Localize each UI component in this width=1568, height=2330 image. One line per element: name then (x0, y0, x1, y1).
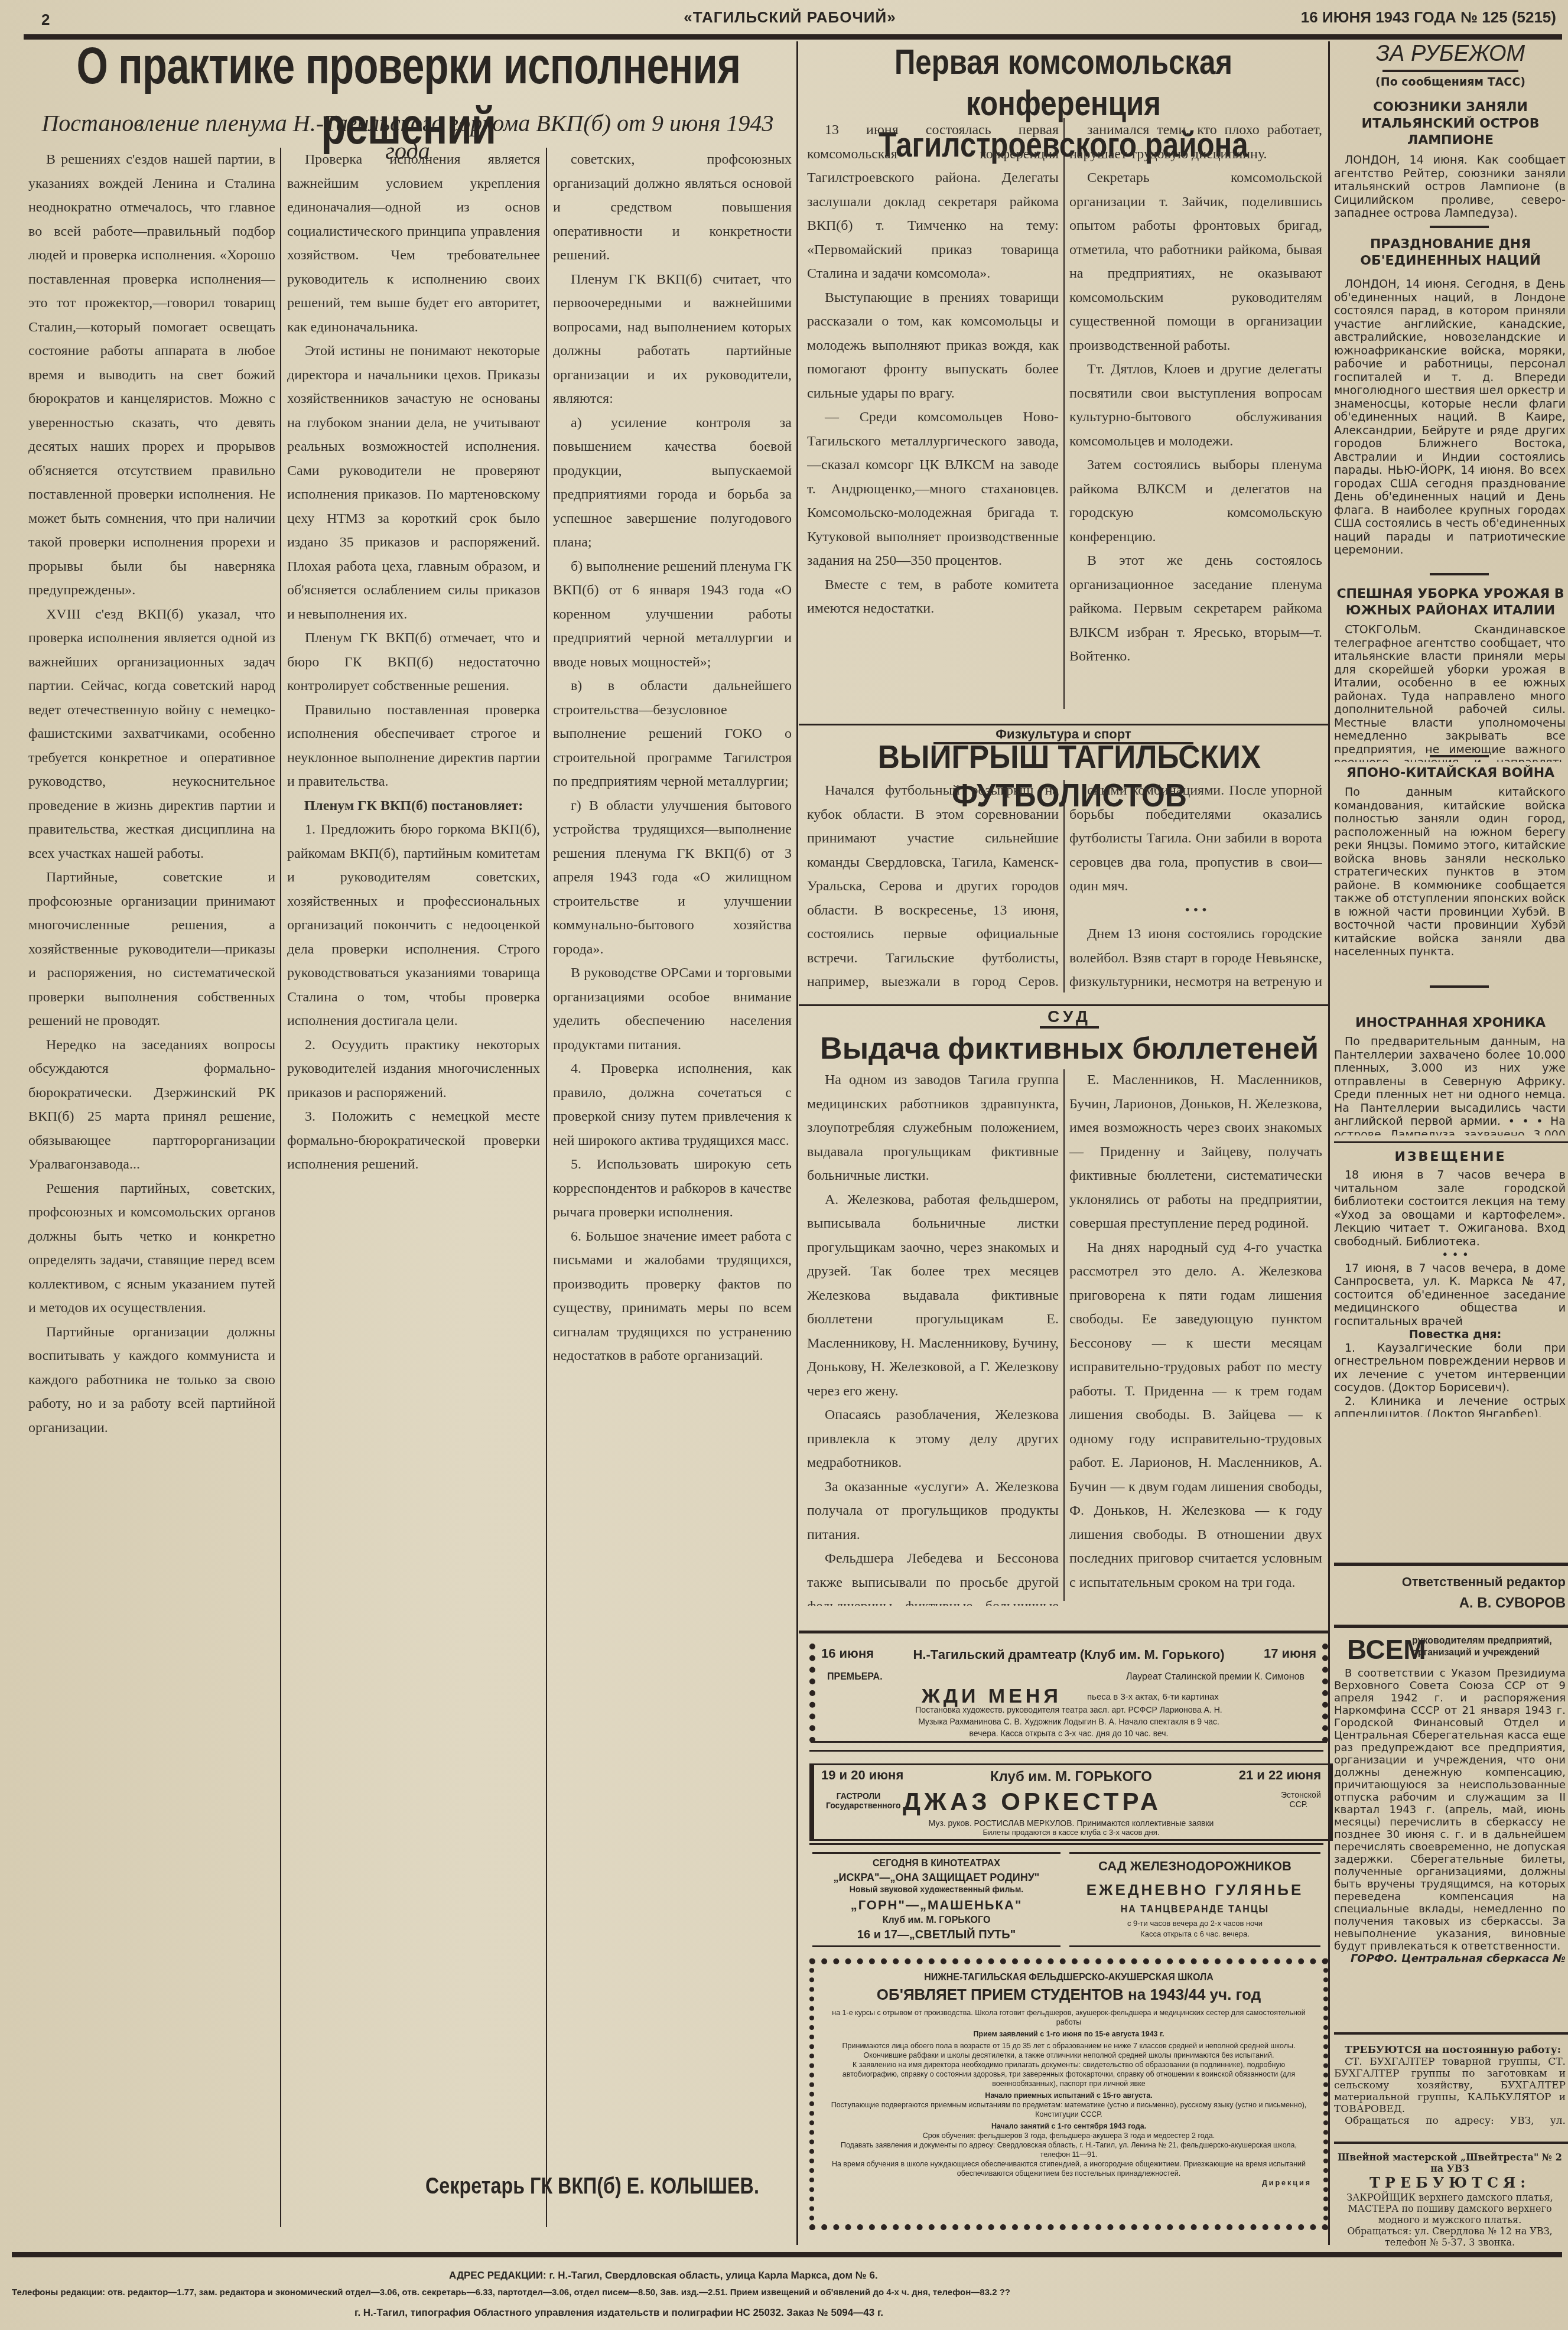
item-separator (1430, 985, 1489, 988)
school-ad: НИЖНЕ-ТАГИЛЬСКАЯ ФЕЛЬДШЕРСКО-АКУШЕРСКАЯ … (809, 1958, 1328, 2230)
column-divider (1063, 1069, 1065, 1601)
abroad-source: (По сообщениям ТАСС) (1341, 76, 1560, 89)
editor-name: А. В. СУВОРОВ (1359, 1595, 1566, 1612)
lead-signature: Секретарь ГК ВКП(б) Е. КОЛЫШЕВ. (425, 2174, 759, 2199)
item-separator (1430, 226, 1489, 228)
finance-addressee: руководителям предприятий, организаций и… (1412, 1635, 1566, 1659)
item-separator (1430, 755, 1489, 757)
abroad-item-title: ПРАЗДНОВАНИЕ ДНЯ ОБ'ЕДИНЕННЫХ НАЦИЙ (1335, 236, 1566, 269)
komsomol-column-1: 13 июня состоялась первая комсомольская … (807, 118, 1059, 715)
footer-phones: Телефоны редакции: отв. редактор—1.77, з… (12, 2287, 1010, 2298)
column-divider (1328, 41, 1330, 2245)
finance-body: В соответствии с Указом Президиума Верхо… (1334, 1667, 1566, 1980)
column-divider (796, 41, 798, 2245)
footer-printer: г. Н.-Тагил, типография Областного управ… (354, 2307, 883, 2319)
abroad-item-body: ЛОНДОН, 14 июня. Как сообщает агентство … (1334, 154, 1566, 219)
garden-ad: САД ЖЕЛЕЗНОДОРОЖНИКОВ ЕЖЕДНЕВНО ГУЛЯНЬЕ … (1069, 1852, 1320, 1947)
komsomol-column-2: занимался теми, кто плохо работает, нару… (1069, 118, 1322, 715)
section-rule (1334, 2142, 1568, 2144)
column-divider (1063, 780, 1065, 992)
section-rule (1334, 2032, 1568, 2035)
section-rule (1334, 1563, 1568, 1566)
abroad-item-body: ЛОНДОН, 14 июня. Сегодня, в День об'един… (1334, 278, 1566, 567)
ad-rule (809, 1843, 1323, 1845)
item-separator (1430, 573, 1489, 575)
court-headline: Выдача фиктивных бюллетеней (815, 1031, 1323, 1066)
abroad-item-body: По предварительным данным, на Пантеллери… (1334, 1035, 1566, 1135)
footer-rule (12, 2252, 1562, 2257)
editor-label: Ответственный редактор (1359, 1574, 1566, 1590)
school-ad-body: на 1-е курсы с отрывом от производства. … (826, 2008, 1312, 2188)
section-rule (1334, 1625, 1568, 1628)
abroad-item-body: По данным китайского командования, китай… (1334, 786, 1566, 981)
column-divider (1063, 118, 1065, 709)
court-section-label: СУД (1040, 1007, 1099, 1029)
sport-column-2: сными комбинациями. После упорной борьбы… (1069, 779, 1322, 997)
masthead: 2 «ТАГИЛЬСКИЙ РАБОЧИЙ» 16 ИЮНЯ 1943 ГОДА… (24, 5, 1556, 34)
lead-column-2: Проверка исполнения является важнейшим у… (287, 148, 540, 2239)
notice-title: ИЗВЕЩЕНИЕ (1335, 1149, 1566, 1166)
job-ad-accountants: ТРЕБУЮТСЯ на постоянную работу: СТ. БУХГ… (1334, 2044, 1566, 2127)
lead-column-1: В решениях с'ездов нашей партии, в указа… (28, 148, 275, 2239)
section-rule (799, 1631, 1328, 1633)
cinema-ad: СЕГОДНЯ В КИНОТЕАТРАХ „ИСКРА"—„ОНА ЗАЩИЩ… (812, 1852, 1060, 1947)
jazz-ad: 19 и 20 июня Клуб им. М. ГОРЬКОГО 21 и 2… (809, 1763, 1333, 1841)
issue-date: 16 ИЮНЯ 1943 ГОДА № 125 (5215) (1301, 8, 1556, 27)
ad-rule (809, 1750, 1323, 1752)
abroad-item-title: ЯПОНО-КИТАЙСКАЯ ВОЙНА (1335, 765, 1566, 782)
section-rule (799, 724, 1328, 725)
newspaper-page: 2 «ТАГИЛЬСКИЙ РАБОЧИЙ» 16 ИЮНЯ 1943 ГОДА… (0, 0, 1568, 2330)
abroad-item-title: СПЕШНАЯ УБОРКА УРОЖАЯ В ЮЖНЫХ РАЙОНАХ ИТ… (1335, 586, 1566, 619)
court-column-2: Е. Масленников, Н. Масленников, Бучин, Л… (1069, 1068, 1322, 1606)
section-rule (799, 1004, 1328, 1006)
title-underline (1382, 70, 1518, 72)
court-column-1: На одном из заводов Тагила группа медици… (807, 1068, 1059, 1606)
lead-column-3: советских, профсоюзных организаций должн… (553, 148, 792, 2150)
column-divider (546, 148, 547, 2227)
job-ad-tailors: Швейной мастерской „Швейтреста" № 2 на У… (1334, 2152, 1566, 2246)
footer-address: АДРЕС РЕДАКЦИИ: г. Н.-Тагил, Свердловска… (449, 2270, 878, 2282)
theater-ad: 16 июня Н.-Тагильский драмтеатр (Клуб им… (809, 1644, 1328, 1743)
abroad-item-title: СОЮЗНИКИ ЗАНЯЛИ ИТАЛЬЯНСКИЙ ОСТРОВ ЛАМПИ… (1335, 99, 1566, 149)
notice-body: 18 июня в 7 часов вечера в читальном зал… (1334, 1169, 1566, 1417)
abroad-item-body: СТОКГОЛЬМ. Скандинавское телеграфное аге… (1334, 623, 1566, 762)
abroad-item-title: ИНОСТРАННАЯ ХРОНИКА (1335, 1015, 1566, 1031)
sport-column-1: Начался футбольный розыгрыш на кубок обл… (807, 779, 1059, 997)
column-divider (280, 148, 281, 2227)
abroad-section-title: ЗА РУБЕЖОМ (1341, 41, 1560, 67)
section-rule (1334, 1141, 1568, 1143)
